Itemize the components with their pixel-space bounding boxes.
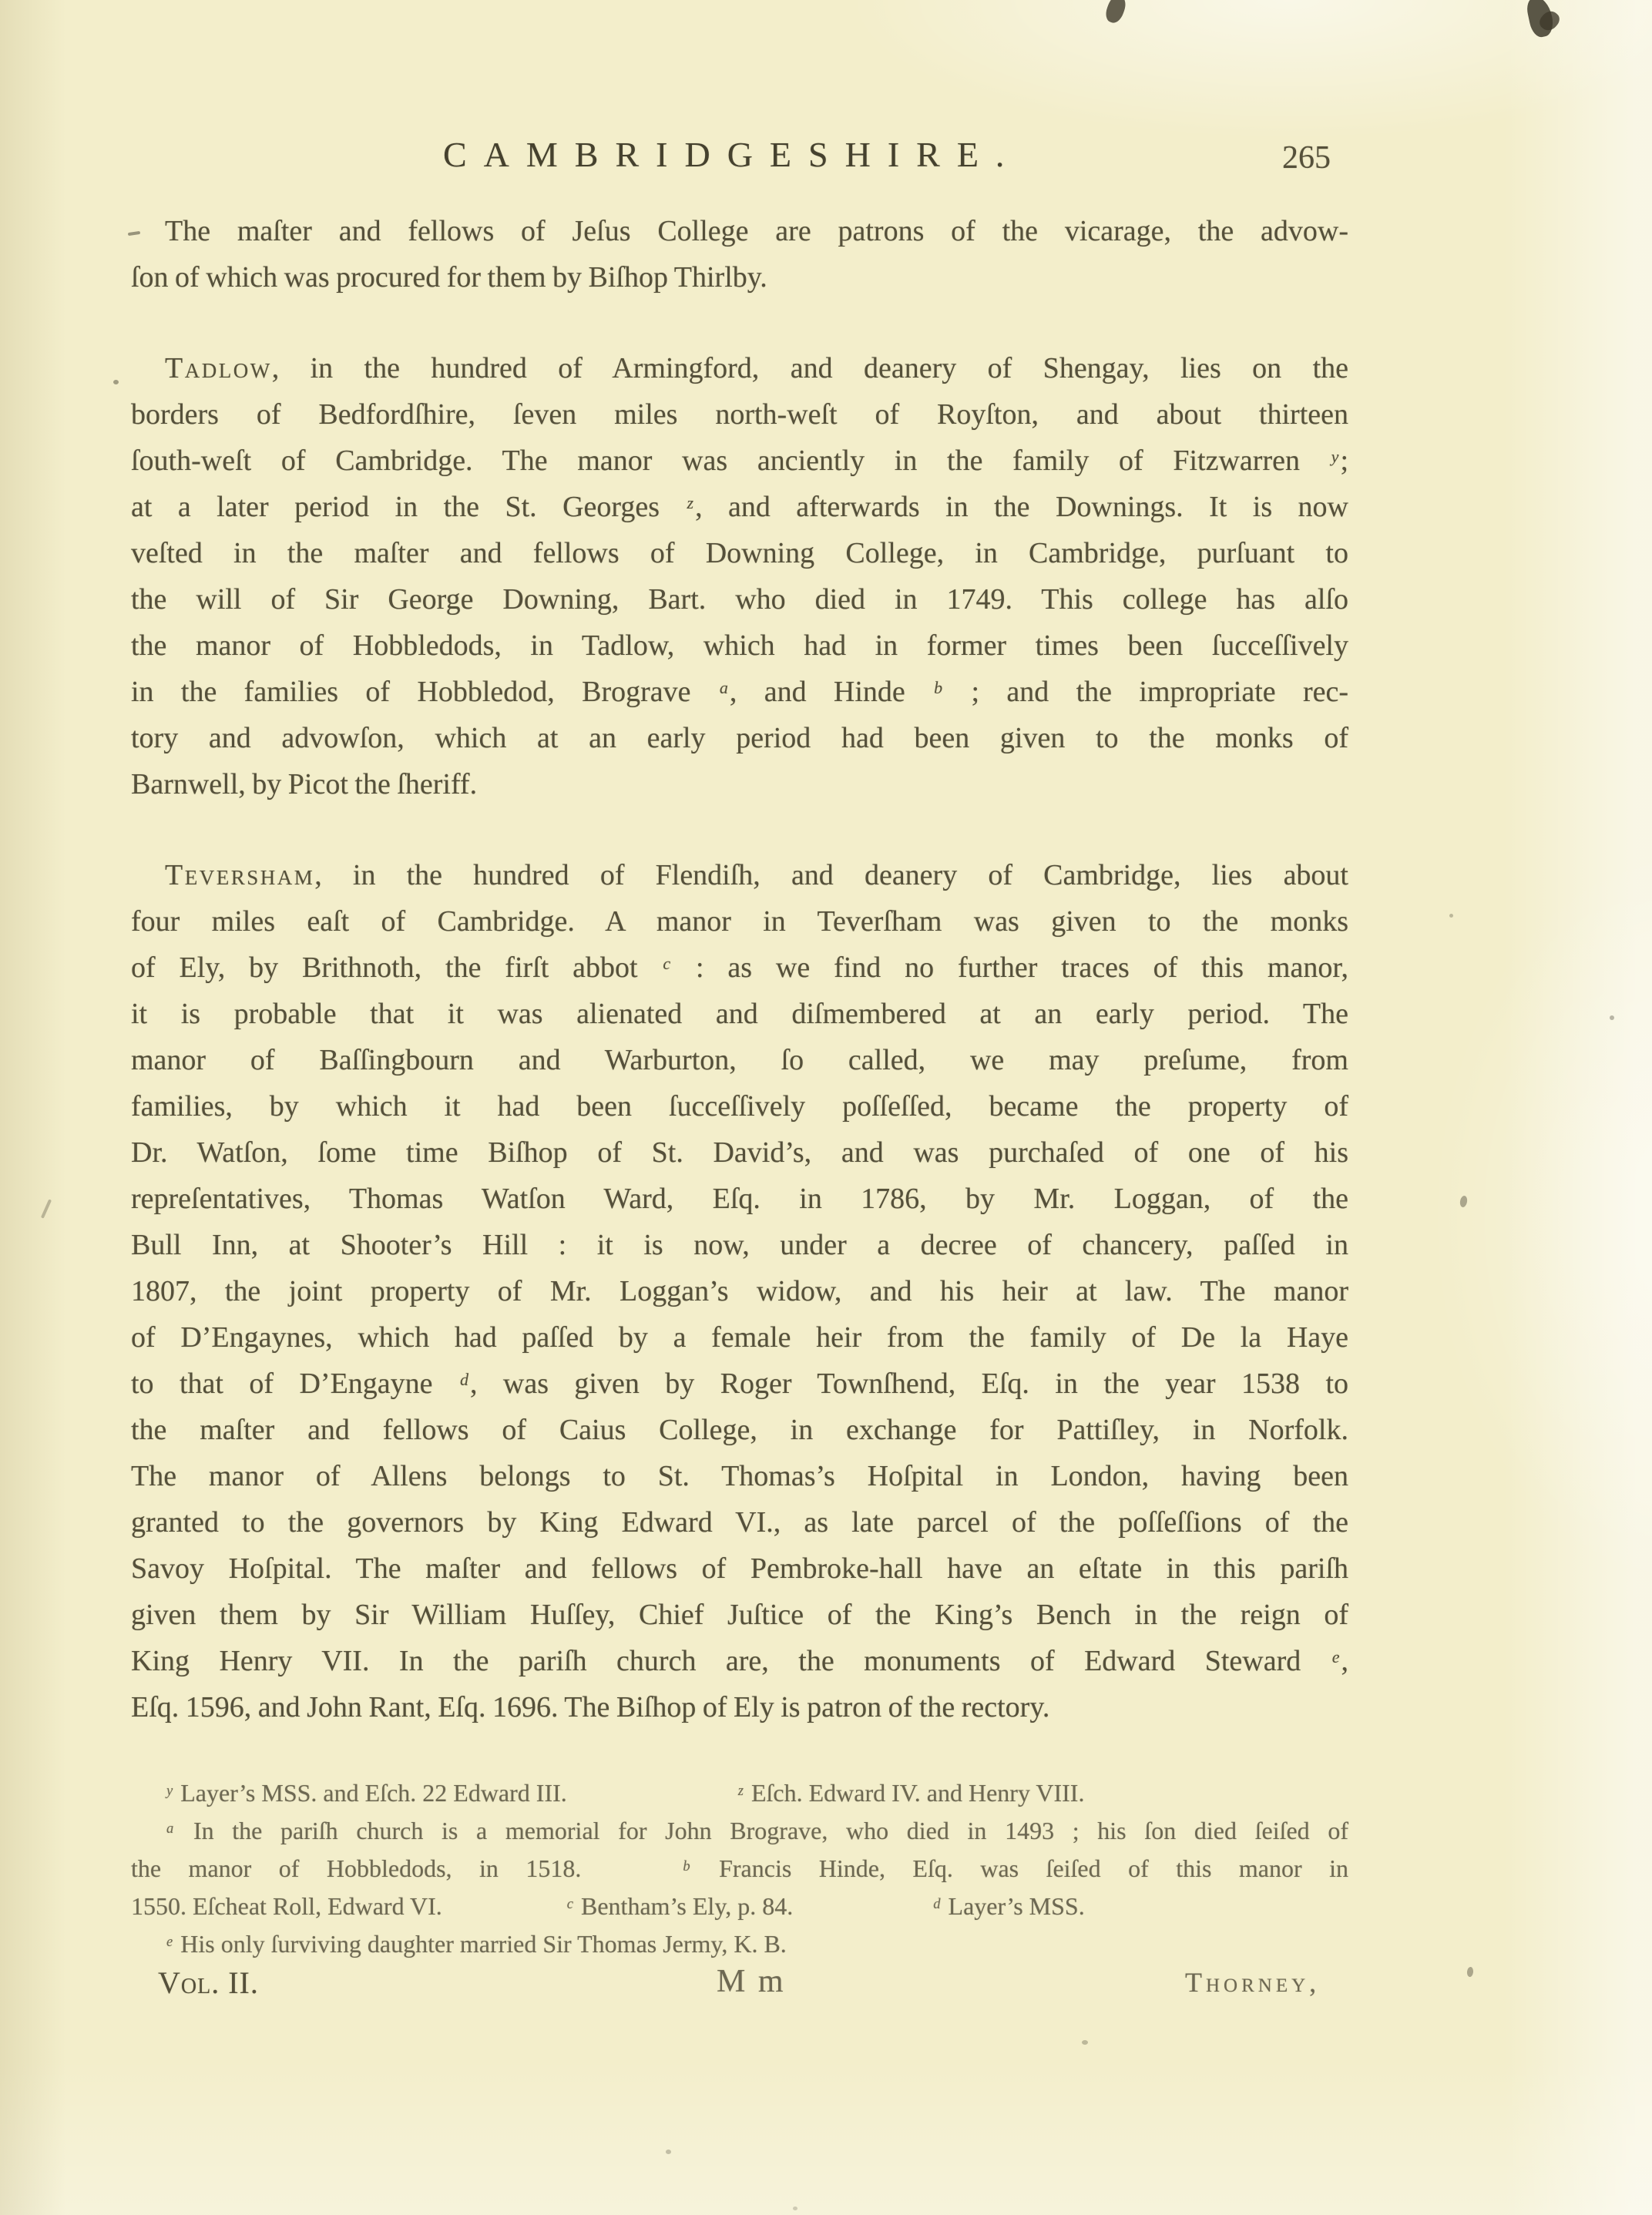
text-line: ſon of which was procured for them by Bi… (131, 254, 1348, 300)
footnote-marker: e (1332, 1647, 1340, 1666)
footnote-marker: d (933, 1896, 940, 1912)
text-run: Eſch. Edward IV. and Henry VIII. (745, 1779, 1084, 1807)
text-line: at a later period in the St. Georges z, … (131, 484, 1348, 530)
text-line: y Layer’s MSS. and Eſch. 22 Edward III.z… (131, 1774, 1348, 1812)
ink-speck (1610, 1015, 1614, 1020)
text-run: veſted in the maſter and fellows of Down… (131, 537, 1348, 569)
small-caps-word: Teversham (165, 859, 314, 891)
paragraph-tadlow: Tadlow, in the hundred of Armingford, an… (131, 345, 1348, 807)
text-line: four miles eaſt of Cambridge. A manor in… (131, 898, 1348, 945)
paragraph-teversham: Teversham, in the hundred of Flendiſh, a… (131, 852, 1348, 1730)
book-page: CAMBRIDGESHIRE. 265 The maſter and fello… (0, 0, 1652, 2215)
text-run: families, by which it had been ſucceſſiv… (131, 1090, 1348, 1123)
text-run: repreſentatives, Thomas Watſon Ward, Eſq… (131, 1183, 1348, 1215)
text-run: Layer’s MSS. and Eſch. 22 Edward III. (174, 1779, 567, 1807)
small-caps-word: Tadlow (165, 352, 272, 384)
ink-speck (1082, 2040, 1088, 2045)
text-run: ſon of which was procured for them by Bi… (131, 261, 767, 294)
text-run: granted to the governors by King Edward … (131, 1506, 1348, 1539)
text-line: tory and advowſon, which at an early per… (131, 715, 1348, 761)
text-run: it is probable that it was alienated and… (131, 998, 1348, 1030)
text-run: to that of D’Engayne (131, 1368, 458, 1400)
text-run: , (1341, 1645, 1349, 1677)
text-run: of D’Engaynes, which had paſſed by a fem… (131, 1321, 1348, 1354)
text-run: in the families of Hobbledod, Brograve (131, 676, 718, 708)
paragraph-jesus-college: The maſter and fellows of Jeſus College … (131, 208, 1348, 300)
ink-speck (666, 2150, 671, 2154)
text-run: Bentham’s Ely, p. 84. (575, 1892, 793, 1920)
text-run: 1550. Eſcheat Roll, Edward VI. (131, 1892, 442, 1920)
text-line: of Ely, by Brithnoth, the firſt abbot c … (131, 945, 1348, 991)
text-run: Savoy Hoſpital. The maſter and fellows o… (131, 1552, 1348, 1585)
text-run: Dr. Watſon, ſome time Biſhop of St. Davi… (131, 1136, 1348, 1169)
text-line: ſouth-weſt of Cambridge. The manor was a… (131, 438, 1348, 484)
text-line: Teversham, in the hundred of Flendiſh, a… (131, 852, 1348, 898)
running-head: CAMBRIDGESHIRE. (443, 136, 1021, 174)
text-run: of Ely, by Brithnoth, the firſt abbot (131, 951, 661, 984)
text-line: The maſter and fellows of Jeſus College … (131, 208, 1348, 254)
text-run: , was given by Roger Townſhend, Eſq. in … (470, 1368, 1348, 1400)
text-line: granted to the governors by King Edward … (131, 1499, 1348, 1545)
text-run: Bull Inn, at Shooter’s Hill : it is now,… (131, 1229, 1348, 1261)
text-run: , in the hundred of Armingford, and dean… (272, 352, 1348, 384)
footnote-marker: y (166, 1783, 173, 1799)
text-line: a In the pariſh church is a memorial for… (131, 1812, 1348, 1850)
footnote-marker: e (166, 1934, 173, 1950)
text-line: Tadlow, in the hundred of Armingford, an… (131, 345, 1348, 391)
column-gap (442, 1913, 566, 1915)
page-number: 265 (1282, 140, 1331, 176)
footnote-marker: a (166, 1821, 173, 1837)
text-run: ſouth-weſt of Cambridge. The manor was a… (131, 445, 1330, 477)
text-line: manor of Baſſingbourn and Warburton, ſo … (131, 1037, 1348, 1083)
text-line: Savoy Hoſpital. The maſter and fellows o… (131, 1545, 1348, 1592)
column-gap (567, 1800, 737, 1801)
footnote-marker: b (683, 1858, 690, 1874)
footnote-marker: d (460, 1370, 468, 1389)
text-run: Layer’s MSS. (942, 1892, 1085, 1920)
footnote-marker: c (567, 1896, 573, 1912)
text-run: ; (1340, 445, 1348, 477)
text-run: His only ſurviving daughter married Sir … (174, 1930, 787, 1958)
text-line: it is probable that it was alienated and… (131, 991, 1348, 1037)
text-run: Barnwell, by Picot the ſheriff. (131, 768, 477, 800)
volume-label: Vol. II. (158, 1965, 259, 2001)
ink-speck (793, 2207, 797, 2210)
text-line: families, by which it had been ſucceſſiv… (131, 1083, 1348, 1129)
text-line: 1807, the joint property of Mr. Loggan’s… (131, 1268, 1348, 1314)
column-gap (581, 1875, 681, 1877)
text-line: Bull Inn, at Shooter’s Hill : it is now,… (131, 1222, 1348, 1268)
text-line: given them by Sir William Huſſey, Chief … (131, 1592, 1348, 1638)
footnote-marker: z (738, 1783, 744, 1799)
ink-blot (1103, 0, 1129, 25)
text-run: Francis Hinde, Eſq. was ſeiſed of this m… (692, 1854, 1348, 1882)
column-gap (793, 1913, 932, 1915)
text-line: repreſentatives, Thomas Watſon Ward, Eſq… (131, 1176, 1348, 1222)
text-line: 1550. Eſcheat Roll, Edward VI.c Bentham’… (131, 1888, 1348, 1925)
catchword: Thorney, (1185, 1966, 1320, 1999)
text-run: manor of Baſſingbourn and Warburton, ſo … (131, 1044, 1348, 1076)
text-line: the manor of Hobbledods, in Tadlow, whic… (131, 623, 1348, 669)
footnote-marker: y (1331, 447, 1339, 466)
printer-signature: M m (717, 1963, 786, 2000)
text-line: the manor of Hobbledods, in 1518.b Franc… (131, 1850, 1348, 1888)
ink-speck (41, 1199, 52, 1218)
text-run: Eſq. 1596, and John Rant, Eſq. 1696. The… (131, 1691, 1049, 1723)
text-run: The maſter and fellows of Jeſus College … (165, 215, 1348, 247)
text-line: Barnwell, by Picot the ſheriff. (131, 761, 1348, 807)
footnotes: y Layer’s MSS. and Eſch. 22 Edward III.z… (131, 1774, 1348, 1963)
footnote-marker: z (687, 493, 693, 512)
text-line: of D’Engaynes, which had paſſed by a fem… (131, 1314, 1348, 1361)
text-run: ; and the impropriate rec- (944, 676, 1348, 708)
text-run: borders of Bedfordſhire, ſeven miles nor… (131, 398, 1348, 431)
footnote-marker: b (934, 678, 942, 697)
ink-speck (1449, 914, 1453, 918)
text-run: The manor of Allens belongs to St. Thoma… (131, 1460, 1348, 1492)
text-line: borders of Bedfordſhire, ſeven miles nor… (131, 391, 1348, 438)
text-run: the will of Sir George Downing, Bart. wh… (131, 583, 1348, 616)
text-run: the maſter and fellows of Caius College,… (131, 1414, 1348, 1446)
ink-speck (113, 380, 119, 384)
text-line: the will of Sir George Downing, Bart. wh… (131, 576, 1348, 623)
text-run: , in the hundred of Flendiſh, and deaner… (314, 859, 1348, 891)
text-line: Eſq. 1596, and John Rant, Eſq. 1696. The… (131, 1684, 1348, 1730)
text-run: four miles eaſt of Cambridge. A manor in… (131, 905, 1348, 938)
text-run: , and Hinde (730, 676, 932, 708)
text-line: veſted in the maſter and fellows of Down… (131, 530, 1348, 576)
text-run: , and afterwards in the Downings. It is … (695, 491, 1348, 523)
text-run: In the pariſh church is a memorial for J… (175, 1817, 1348, 1844)
text-line: the maſter and fellows of Caius College,… (131, 1407, 1348, 1453)
text-line: Dr. Watſon, ſome time Biſhop of St. Davi… (131, 1129, 1348, 1176)
text-run: given them by Sir William Huſſey, Chief … (131, 1599, 1348, 1631)
text-run: 1807, the joint property of Mr. Loggan’s… (131, 1275, 1348, 1307)
text-line: e His only ſurviving daughter married Si… (131, 1925, 1348, 1963)
footnote-marker: a (720, 678, 728, 697)
ink-speck (1466, 1966, 1474, 1977)
text-run: : as we find no further traces of this m… (672, 951, 1348, 984)
text-run: at a later period in the St. Georges (131, 491, 685, 523)
footnote-marker: c (663, 954, 670, 973)
ink-speck (1459, 1195, 1468, 1208)
text-line: to that of D’Engayne d, was given by Rog… (131, 1361, 1348, 1407)
text-line: The manor of Allens belongs to St. Thoma… (131, 1453, 1348, 1499)
text-run: the manor of Hobbledods, in Tadlow, whic… (131, 629, 1348, 662)
text-line: King Henry VII. In the pariſh church are… (131, 1638, 1348, 1684)
text-run: tory and advowſon, which at an early per… (131, 722, 1348, 754)
text-run: King Henry VII. In the pariſh church are… (131, 1645, 1331, 1677)
text-line: in the families of Hobbledod, Brograve a… (131, 669, 1348, 715)
text-run: the manor of Hobbledods, in 1518. (131, 1854, 581, 1882)
